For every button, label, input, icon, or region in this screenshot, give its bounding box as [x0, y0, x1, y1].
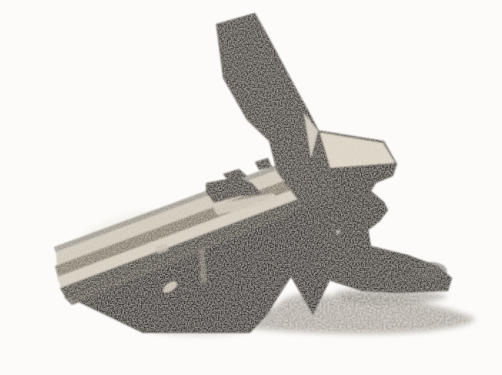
artifact-photo-canvas: [0, 0, 502, 375]
photograph: [0, 0, 502, 375]
foot-sheen: [413, 262, 447, 280]
block-speck: [336, 230, 340, 234]
